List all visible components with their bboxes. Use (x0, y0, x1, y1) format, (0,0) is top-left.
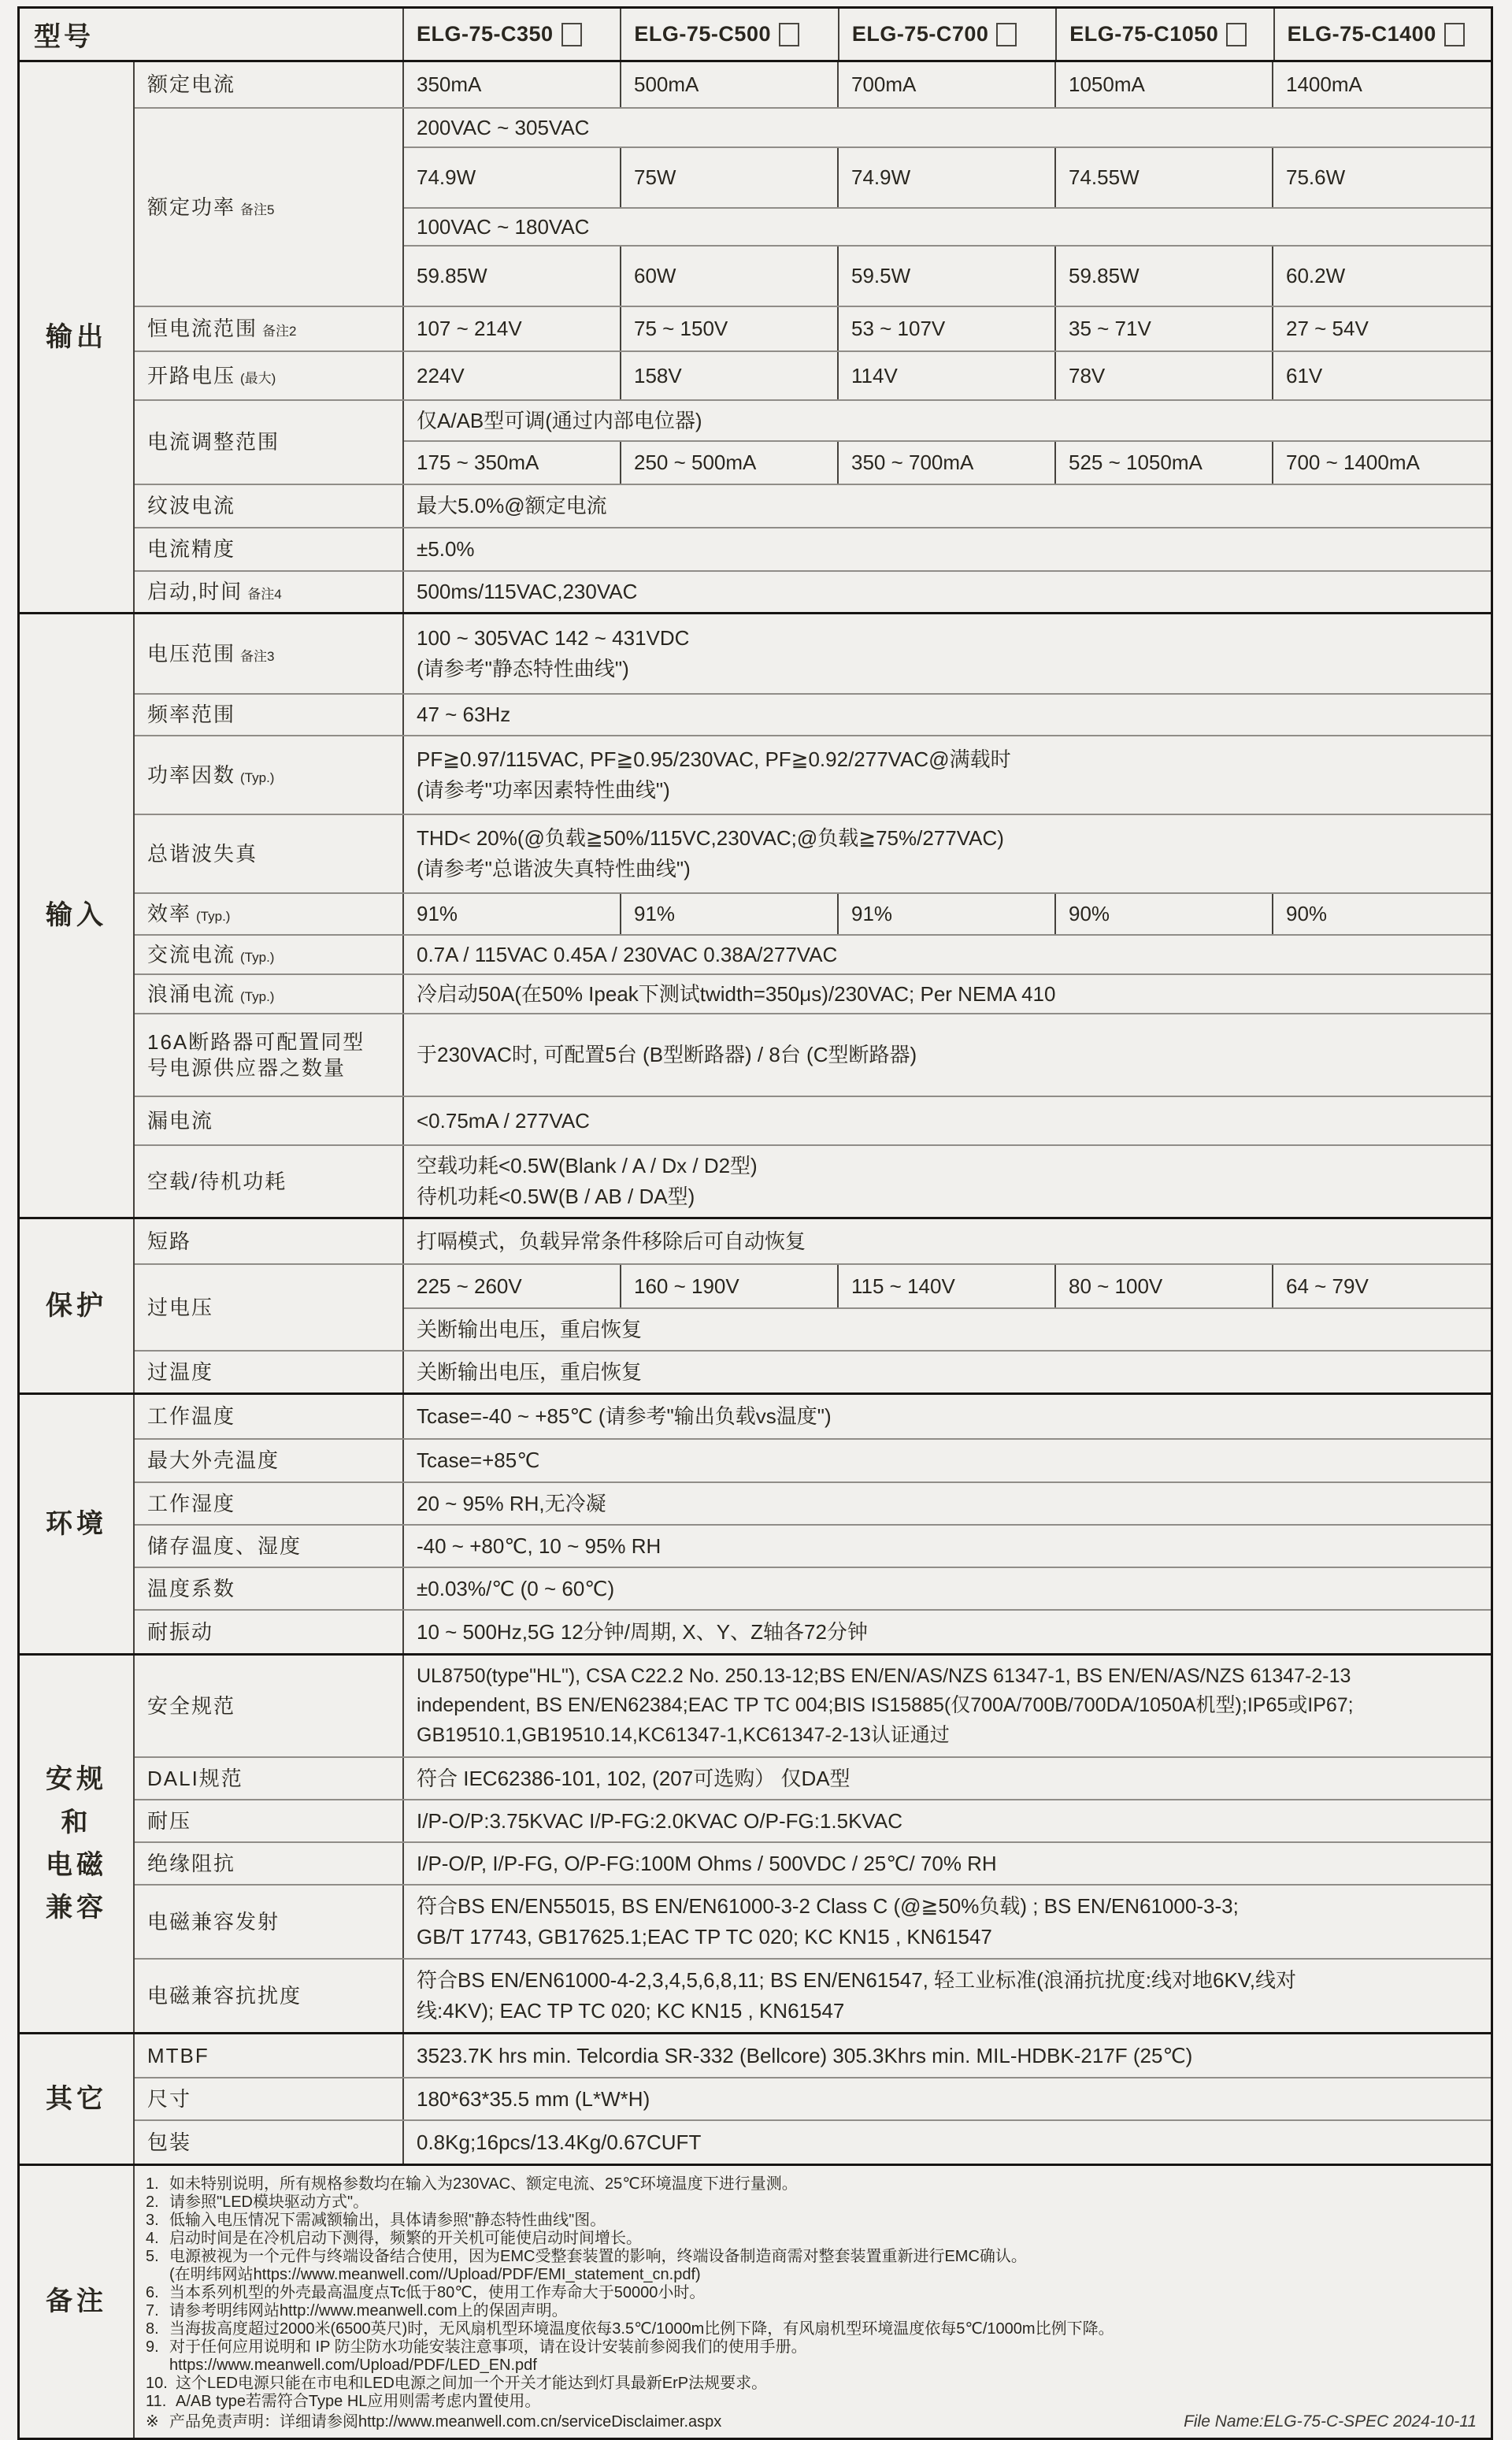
row-label: 耐压 (147, 1808, 402, 1834)
note-text: 请参照"LED模块驱动方式"。 (169, 2193, 369, 2212)
model-name: ELG-75-C700 (852, 22, 989, 46)
value-cell: 80 ~ 100V (1056, 1265, 1273, 1307)
model-header-row: 型号 ELG-75-C350 ELG-75-C500 ELG-75-C700 E… (20, 9, 1491, 62)
note-number: 6. (146, 2284, 169, 2302)
note-item: 9.对于任何应用说明和 IP 防尘防水功能安装注意事项，请在设计安装前参阅我们的… (146, 2338, 1480, 2375)
row-working-humidity: 工作湿度 20 ~ 95% RH,无冷凝 (135, 1481, 1491, 1524)
row-withstand-voltage: 耐压 I/P-O/P:3.75KVAC I/P-FG:2.0KVAC O/P-F… (135, 1799, 1491, 1841)
value-cell: 59.85W (1056, 247, 1273, 306)
row-label-note: 备注4 (247, 586, 281, 603)
value-cell: 160 ~ 190V (621, 1265, 839, 1307)
row-label: 尺寸 (147, 2086, 402, 2112)
row-label: 空载/待机功耗 (147, 1169, 402, 1195)
value-span: 10 ~ 500Hz,5G 12分钟/周期, X、Y、Z轴各72分钟 (404, 1611, 1491, 1653)
note-number: 7. (146, 2302, 169, 2320)
value-cell: 350 ~ 700mA (839, 442, 1056, 484)
row-no-load-power: 空载/待机功耗 空载功耗<0.5W(Blank / A / Dx / D2型) … (135, 1144, 1491, 1217)
row-label: 额定电流 (147, 72, 402, 98)
value-cell: 114V (839, 352, 1056, 399)
note-text: 低输入电压情况下需减额输出，具体请参照"静态特性曲线"图。 (169, 2212, 606, 2230)
value-cell: 1050mA (1056, 62, 1273, 107)
row-label: 漏电流 (147, 1108, 402, 1134)
value-span: 180*63*35.5 mm (L*W*H) (404, 2078, 1491, 2119)
value-cell: 74.55W (1056, 148, 1273, 207)
note-text: 这个LED电源只能在市电和LED电源之间加一个开关才能达到灯具最新ErP法规要求… (176, 2375, 767, 2393)
row-rated-power: 额定功率备注5 200VAC ~ 305VAC 74.9W 75W 74.9W … (135, 107, 1491, 306)
disclaimer-mark: ※ (146, 2413, 169, 2431)
notes-footer: ※产品免责声明：详细请参阅http://www.meanwell.com.cn/… (146, 2412, 1480, 2431)
row-power-factor: 功率因数(Typ.) PF≧0.97/115VAC, PF≧0.95/230VA… (135, 735, 1491, 814)
row-frequency-range: 频率范围 47 ~ 63Hz (135, 693, 1491, 735)
value-cell: 158V (621, 352, 839, 399)
model-suffix-checkbox (1444, 23, 1465, 46)
disclaimer-text: 产品免责声明：详细请参阅http://www.meanwell.com.cn/s… (169, 2413, 721, 2431)
row-emc-emission: 电磁兼容发射 符合BS EN/EN55015, BS EN/EN61000-3-… (135, 1884, 1491, 1958)
note-item: 3.低输入电压情况下需减额输出，具体请参照"静态特性曲线"图。 (146, 2212, 1480, 2230)
value-span: 打嗝模式，负载异常条件移除后可自动恢复 (404, 1219, 1491, 1263)
row-inrush-current: 浪涌电流(Typ.) 冷启动50A(在50% Ipeak下测试twidth=35… (135, 973, 1491, 1013)
section-environment: 环境 工作温度 Tcase=-40 ~ +85℃ (请参考"输出负载vs温度")… (20, 1395, 1491, 1656)
value-cell: 60.2W (1273, 247, 1491, 306)
row-label-note: (Typ.) (240, 988, 274, 1005)
row-label-note: (Typ.) (196, 908, 230, 925)
value-cell: 350mA (404, 62, 621, 107)
value-cell: 224V (404, 352, 621, 399)
section-safety-emc: 安规 和 电磁 兼容 安全规范 UL8750(type"HL"), CSA C2… (20, 1656, 1491, 2034)
row-open-circuit-voltage: 开路电压(最大) 224V 158V 114V 78V 61V (135, 350, 1491, 399)
value-span: 3523.7K hrs min. Telcordia SR-332 (Bellc… (404, 2034, 1491, 2077)
value-cell: 500mA (621, 62, 839, 107)
value-span: ±0.03%/℃ (0 ~ 60℃) (404, 1568, 1491, 1609)
model-column-header: ELG-75-C1400 (1275, 9, 1491, 60)
value-cell: 75W (621, 148, 839, 207)
row-label: 恒电流范围 (147, 316, 258, 342)
value-span: 0.8Kg;16pcs/13.4Kg/0.67CUFT (404, 2121, 1491, 2164)
section-protection: 保护 短路 打嗝模式，负载异常条件移除后可自动恢复 过电压 225 ~ 260V… (20, 1219, 1491, 1395)
row-current-accuracy: 电流精度 ±5.0% (135, 527, 1491, 570)
note-item: 8.当海拔高度超过2000米(6500英尺)时，无风扇机型环境温度依每3.5℃/… (146, 2320, 1480, 2338)
row-label: 温度系数 (147, 1576, 402, 1602)
row-label: 总谐波失真 (147, 841, 402, 867)
row-storage-temp-humidity: 储存温度、湿度 -40 ~ +80℃, 10 ~ 95% RH (135, 1524, 1491, 1567)
row-label: 电压范围 (147, 641, 235, 667)
row-setup-time: 启动,时间备注4 500ms/115VAC,230VAC (135, 570, 1491, 612)
model-suffix-checkbox (1226, 23, 1247, 46)
row-over-temperature: 过温度 关断输出电压，重启恢复 (135, 1350, 1491, 1392)
section-title-safety-emc: 安规 和 电磁 兼容 (20, 1656, 135, 2032)
row-ripple-current: 纹波电流 最大5.0%@额定电流 (135, 484, 1491, 527)
value-span: 100 ~ 305VAC 142 ~ 431VDC (请参考"静态特性曲线") (404, 614, 1491, 693)
row-label: 过电压 (147, 1295, 402, 1321)
row-over-voltage: 过电压 225 ~ 260V 160 ~ 190V 115 ~ 140V 80 … (135, 1263, 1491, 1350)
section-output: 输出 额定电流 350mA 500mA 700mA 1050mA 1400mA … (20, 62, 1491, 614)
row-temp-coefficient: 温度系数 ±0.03%/℃ (0 ~ 60℃) (135, 1567, 1491, 1609)
note-item: 1.如未特别说明，所有规格参数均在输入为230VAC、额定电流、25℃环境温度下… (146, 2175, 1480, 2193)
row-voltage-range: 电压范围备注3 100 ~ 305VAC 142 ~ 431VDC (请参考"静… (135, 614, 1491, 693)
value-span: 符合BS EN/EN55015, BS EN/EN61000-3-2 Class… (404, 1886, 1491, 1958)
value-span: UL8750(type"HL"), CSA C22.2 No. 250.13-1… (404, 1656, 1491, 1756)
value-cell: 107 ~ 214V (404, 307, 621, 350)
value-span: I/P-O/P, I/P-FG, O/P-FG:100M Ohms / 500V… (404, 1843, 1491, 1884)
value-cell: 35 ~ 71V (1056, 307, 1273, 350)
value-cell: 90% (1056, 894, 1273, 934)
row-label: 耐振动 (147, 1619, 402, 1645)
row-label: 包装 (147, 2130, 402, 2156)
section-others: 其它 MTBF 3523.7K hrs min. Telcordia SR-33… (20, 2034, 1491, 2166)
model-column-header: ELG-75-C500 (621, 9, 839, 60)
value-cell: 700 ~ 1400mA (1273, 442, 1491, 484)
value-span: 最大5.0%@额定电流 (404, 485, 1491, 527)
value-cell: 27 ~ 54V (1273, 307, 1491, 350)
value-span: I/P-O/P:3.75KVAC I/P-FG:2.0KVAC O/P-FG:1… (404, 1800, 1491, 1841)
value-cell: 60W (621, 247, 839, 306)
row-constant-current-range: 恒电流范围备注2 107 ~ 214V 75 ~ 150V 53 ~ 107V … (135, 306, 1491, 350)
row-current-adjust-range: 电流调整范围 仅A/AB型可调(通过内部电位器) 175 ~ 350mA 250… (135, 399, 1491, 484)
value-span: 仅A/AB型可调(通过内部电位器) (404, 401, 1491, 440)
section-title-output: 输出 (20, 62, 135, 612)
row-ac-current: 交流电流(Typ.) 0.7A / 115VAC 0.45A / 230VAC … (135, 934, 1491, 973)
row-emc-immunity: 电磁兼容抗扰度 符合BS EN/EN61000-4-2,3,4,5,6,8,11… (135, 1958, 1491, 2032)
value-span: 20 ~ 95% RH,无冷凝 (404, 1483, 1491, 1524)
value-cell: 250 ~ 500mA (621, 442, 839, 484)
row-working-temp: 工作温度 Tcase=-40 ~ +85℃ (请参考"输出负载vs温度") (135, 1395, 1491, 1438)
value-cell: 700mA (839, 62, 1056, 107)
value-span: -40 ~ +80℃, 10 ~ 95% RH (404, 1526, 1491, 1567)
value-cell: 225 ~ 260V (404, 1265, 621, 1307)
row-dimension: 尺寸 180*63*35.5 mm (L*W*H) (135, 2077, 1491, 2119)
row-label-note: (最大) (240, 370, 276, 387)
value-cell: 1400mA (1273, 62, 1491, 107)
row-label-note: 备注2 (262, 323, 296, 339)
note-number: 8. (146, 2320, 169, 2338)
row-mtbf: MTBF 3523.7K hrs min. Telcordia SR-332 (… (135, 2034, 1491, 2077)
row-vibration: 耐振动 10 ~ 500Hz,5G 12分钟/周期, X、Y、Z轴各72分钟 (135, 1609, 1491, 1653)
value-cell: 91% (404, 894, 621, 934)
row-label: MTBF (147, 2043, 402, 2069)
row-label: 安全规范 (147, 1693, 402, 1719)
vac-range-high: 200VAC ~ 305VAC (404, 109, 1491, 146)
row-label: DALI规范 (147, 1766, 402, 1792)
note-number: 4. (146, 2230, 169, 2248)
row-efficiency: 效率(Typ.) 91% 91% 91% 90% 90% (135, 892, 1491, 934)
row-max-case-temp: 最大外壳温度 Tcase=+85℃ (135, 1438, 1491, 1481)
note-number: 1. (146, 2175, 169, 2193)
value-cell: 61V (1273, 352, 1491, 399)
row-label: 电磁兼容抗扰度 (147, 1983, 402, 2009)
vac-range-low: 100VAC ~ 180VAC (404, 209, 1491, 245)
model-suffix-checkbox (561, 23, 582, 46)
row-label: 功率因数 (147, 762, 235, 788)
row-label: 短路 (147, 1229, 402, 1255)
note-item: 10.这个LED电源只能在市电和LED电源之间加一个开关才能达到灯具最新ErP法… (146, 2375, 1480, 2393)
spec-table: 型号 ELG-75-C350 ELG-75-C500 ELG-75-C700 E… (17, 6, 1493, 2440)
row-label: 纹波电流 (147, 493, 402, 519)
note-item: 4.启动时间是在冷机启动下测得，频繁的开关机可能使启动时间增长。 (146, 2230, 1480, 2248)
row-thd: 总谐波失真 THD< 20%(@负载≧50%/115VC,230VAC;@负载≧… (135, 814, 1491, 892)
row-packing: 包装 0.8Kg;16pcs/13.4Kg/0.67CUFT (135, 2119, 1491, 2164)
note-item: 6.当本系列机型的外壳最高温度点Tc低于80℃，使用工作寿命大于50000小时。 (146, 2284, 1480, 2302)
value-cell: 91% (839, 894, 1056, 934)
note-text: 电源被视为一个元件与终端设备结合使用，因为EMC受整套装置的影响，终端设备制造商… (169, 2248, 1027, 2284)
value-span: 符合 IEC62386-101, 102, (207可选购） 仅DA型 (404, 1758, 1491, 1799)
value-span: THD< 20%(@负载≧50%/115VC,230VAC;@负载≧75%/27… (404, 815, 1491, 892)
note-text: 启动时间是在冷机启动下测得，频繁的开关机可能使启动时间增长。 (169, 2230, 642, 2248)
row-label: 效率 (147, 901, 191, 927)
note-item: 2.请参照"LED模块驱动方式"。 (146, 2193, 1480, 2212)
value-span: PF≧0.97/115VAC, PF≧0.95/230VAC, PF≧0.92/… (404, 736, 1491, 814)
value-cell: 53 ~ 107V (839, 307, 1056, 350)
row-label-note: (Typ.) (240, 949, 274, 966)
row-dali-standard: DALI规范 符合 IEC62386-101, 102, (207可选购） 仅D… (135, 1756, 1491, 1799)
note-text: 如未特别说明，所有规格参数均在输入为230VAC、额定电流、25℃环境温度下进行… (169, 2175, 798, 2193)
row-label: 启动,时间 (147, 579, 243, 605)
note-number: 5. (146, 2248, 169, 2284)
note-item: 11.A/AB type若需符合Type HL应用则需考虑内置使用。 (146, 2393, 1480, 2411)
value-span: 关断输出电压，重启恢复 (404, 1309, 1491, 1350)
row-label: 电磁兼容发射 (147, 1909, 402, 1935)
note-number: 2. (146, 2193, 169, 2212)
row-leakage-current: 漏电流 <0.75mA / 277VAC (135, 1096, 1491, 1144)
value-cell: 115 ~ 140V (839, 1265, 1056, 1307)
section-title-environment: 环境 (20, 1395, 135, 1653)
note-item: 7.请参考明纬网站http://www.meanwell.com上的保固声明。 (146, 2302, 1480, 2320)
note-text: A/AB type若需符合Type HL应用则需考虑内置使用。 (176, 2393, 540, 2411)
row-rated-current: 额定电流 350mA 500mA 700mA 1050mA 1400mA (135, 62, 1491, 107)
model-name: ELG-75-C350 (417, 22, 554, 46)
note-number: 10. (146, 2375, 176, 2393)
notes-list: 1.如未特别说明，所有规格参数均在输入为230VAC、额定电流、25℃环境温度下… (135, 2166, 1491, 2438)
row-label: 储存温度、湿度 (147, 1533, 402, 1559)
note-text: 对于任何应用说明和 IP 防尘防水功能安装注意事项，请在设计安装前参阅我们的使用… (169, 2338, 807, 2375)
value-span: Tcase=+85℃ (404, 1440, 1491, 1481)
row-safety-standards: 安全规范 UL8750(type"HL"), CSA C22.2 No. 250… (135, 1656, 1491, 1756)
row-label: 工作温度 (147, 1404, 402, 1430)
value-cell: 75.6W (1273, 148, 1491, 207)
value-span: 关断输出电压，重启恢复 (404, 1352, 1491, 1392)
row-breaker-quantity: 16A断路器可配置同型 号电源供应器之数量 于230VAC时, 可配置5台 (B… (135, 1013, 1491, 1096)
note-item: 5.电源被视为一个元件与终端设备结合使用，因为EMC受整套装置的影响，终端设备制… (146, 2248, 1480, 2284)
note-text: 当本系列机型的外壳最高温度点Tc低于80℃，使用工作寿命大于50000小时。 (169, 2284, 705, 2302)
value-cell: 175 ~ 350mA (404, 442, 621, 484)
model-name: ELG-75-C500 (634, 22, 771, 46)
value-cell: 64 ~ 79V (1273, 1265, 1491, 1307)
row-label: 浪涌电流 (147, 981, 235, 1007)
row-label-note: 备注5 (240, 202, 274, 218)
value-cell: 90% (1273, 894, 1491, 934)
section-input: 输入 电压范围备注3 100 ~ 305VAC 142 ~ 431VDC (请参… (20, 614, 1491, 1219)
value-span: 空载功耗<0.5W(Blank / A / Dx / D2型) 待机功耗<0.5… (404, 1146, 1491, 1217)
model-name: ELG-75-C1050 (1069, 22, 1218, 46)
value-cell: 59.5W (839, 247, 1056, 306)
value-span: 47 ~ 63Hz (404, 695, 1491, 735)
value-cell: 59.85W (404, 247, 621, 306)
note-text: 当海拔高度超过2000米(6500英尺)时，无风扇机型环境温度依每3.5℃/10… (169, 2320, 1114, 2338)
value-span: 符合BS EN/EN61000-4-2,3,4,5,6,8,11; BS EN/… (404, 1960, 1491, 2032)
model-suffix-checkbox (779, 23, 799, 46)
section-title-input: 输入 (20, 614, 135, 1217)
row-label: 16A断路器可配置同型 号电源供应器之数量 (147, 1029, 402, 1081)
section-title-notes: 备注 (20, 2166, 135, 2438)
note-number: 3. (146, 2212, 169, 2230)
value-span: 冷启动50A(在50% Ipeak下测试twidth=350μs)/230VAC… (404, 975, 1491, 1013)
value-span: <0.75mA / 277VAC (404, 1097, 1491, 1144)
value-cell: 78V (1056, 352, 1273, 399)
model-column-header: ELG-75-C1050 (1057, 9, 1274, 60)
row-label: 交流电流 (147, 942, 235, 968)
spec-sheet-page: 型号 ELG-75-C350 ELG-75-C500 ELG-75-C700 E… (0, 0, 1512, 2407)
value-span: 500ms/115VAC,230VAC (404, 572, 1491, 612)
row-label: 绝缘阻抗 (147, 1851, 402, 1877)
section-title-others: 其它 (20, 2034, 135, 2164)
row-label: 开路电压 (147, 363, 235, 389)
note-text: 请参考明纬网站http://www.meanwell.com上的保固声明。 (169, 2302, 568, 2320)
model-column-header: ELG-75-C350 (404, 9, 621, 60)
row-label: 最大外壳温度 (147, 1448, 402, 1474)
model-suffix-checkbox (996, 23, 1017, 46)
row-label: 额定功率 (147, 195, 235, 221)
value-cell: 75 ~ 150V (621, 307, 839, 350)
row-label-note: (Typ.) (240, 769, 274, 786)
section-title-protection: 保护 (20, 1219, 135, 1392)
note-number: 9. (146, 2338, 169, 2375)
value-span: ±5.0% (404, 528, 1491, 570)
value-span: 0.7A / 115VAC 0.45A / 230VAC 0.38A/277VA… (404, 936, 1491, 973)
row-label: 工作湿度 (147, 1491, 402, 1517)
row-label-note: 备注3 (240, 648, 274, 665)
model-column-header: ELG-75-C700 (839, 9, 1057, 60)
value-cell: 74.9W (839, 148, 1056, 207)
row-label: 过温度 (147, 1359, 402, 1385)
note-number: 11. (146, 2393, 176, 2411)
value-span: Tcase=-40 ~ +85℃ (请参考"输出负载vs温度") (404, 1395, 1491, 1438)
row-isolation-resistance: 绝缘阻抗 I/P-O/P, I/P-FG, O/P-FG:100M Ohms /… (135, 1841, 1491, 1884)
model-row-label: 型号 (20, 9, 404, 60)
value-cell: 525 ~ 1050mA (1056, 442, 1273, 484)
section-notes: 备注 1.如未特别说明，所有规格参数均在输入为230VAC、额定电流、25℃环境… (20, 2166, 1491, 2438)
file-name: File Name:ELG-75-C-SPEC 2024-10-11 (1184, 2412, 1480, 2431)
model-name: ELG-75-C1400 (1288, 22, 1436, 46)
value-cell: 91% (621, 894, 839, 934)
row-label: 电流调整范围 (147, 429, 402, 455)
value-cell: 74.9W (404, 148, 621, 207)
disclaimer-line: ※产品免责声明：详细请参阅http://www.meanwell.com.cn/… (146, 2413, 721, 2431)
value-span: 于230VAC时, 可配置5台 (B型断路器) / 8台 (C型断路器) (404, 1014, 1491, 1096)
row-label: 电流精度 (147, 536, 402, 562)
row-label: 频率范围 (147, 702, 402, 728)
row-short-circuit: 短路 打嗝模式，负载异常条件移除后可自动恢复 (135, 1219, 1491, 1263)
